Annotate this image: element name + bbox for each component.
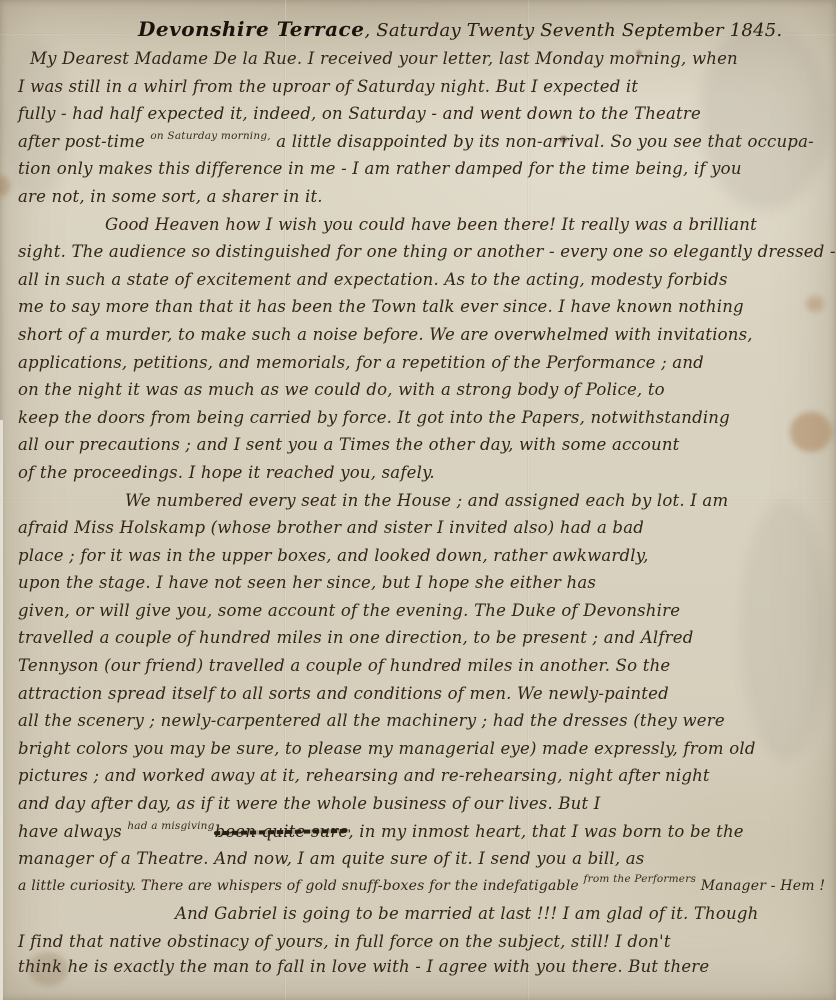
letter-line: manager of a Theatre. And now, I am quit… xyxy=(10,845,830,873)
handwritten-text: and day after day, as if it were the who… xyxy=(18,794,601,813)
letter-line: bright colors you may be sure, to please… xyxy=(10,735,830,763)
letter-line: all in such a state of excitement and ex… xyxy=(10,266,830,294)
handwritten-text: all in such a state of excitement and ex… xyxy=(18,270,728,289)
paper-edge xyxy=(0,420,3,1000)
letter-line: attraction spread itself to all sorts an… xyxy=(10,680,830,708)
handwritten-text: travelled a couple of hundred miles in o… xyxy=(18,628,694,647)
letter-line: of the proceedings. I hope it reached yo… xyxy=(10,459,830,487)
handwritten-text: attraction spread itself to all sorts an… xyxy=(18,684,669,703)
letter-line: afraid Miss Holskamp (whose brother and … xyxy=(10,514,830,542)
handwritten-text: And Gabriel is going to be married at la… xyxy=(175,904,758,923)
handwritten-text: Good Heaven how I wish you could have be… xyxy=(105,215,757,234)
letter-line: I find that native obstinacy of yours, i… xyxy=(10,928,830,956)
handwritten-text: manager of a Theatre. And now, I am quit… xyxy=(18,849,644,868)
letter-heading-line: Devonshire Terrace, Saturday Twenty Seve… xyxy=(10,14,830,45)
letter-page: Devonshire Terrace, Saturday Twenty Seve… xyxy=(0,0,836,1000)
handwritten-text: fully - had half expected it, indeed, on… xyxy=(18,104,701,123)
letter-line: think he is exactly the man to fall in l… xyxy=(10,956,830,978)
handwritten-text: after post-time xyxy=(18,132,150,151)
letter-line: We numbered every seat in the House ; an… xyxy=(10,487,830,515)
letter-line: and day after day, as if it were the who… xyxy=(10,790,830,818)
handwritten-text: have always xyxy=(18,822,127,841)
inserted-text: from the Performers xyxy=(584,874,697,884)
letter-line: have always had a misgivingbeen quite su… xyxy=(10,818,830,846)
handwritten-text: me to say more than that it has been the… xyxy=(18,297,744,316)
letter-line: are not, in some sort, a sharer in it. xyxy=(10,183,830,211)
letter-line: Good Heaven how I wish you could have be… xyxy=(10,211,830,239)
handwritten-text: place ; for it was in the upper boxes, a… xyxy=(18,546,649,565)
letter-line: sight. The audience so distinguished for… xyxy=(10,238,830,266)
handwritten-text: Manager - Hem ! xyxy=(696,878,825,894)
letter-line: pictures ; and worked away at it, rehear… xyxy=(10,762,830,790)
handwritten-text: Tennyson (our friend) travelled a couple… xyxy=(18,656,670,675)
handwritten-text: We numbered every seat in the House ; an… xyxy=(125,491,728,510)
inserted-text: on Saturday morning, xyxy=(150,131,270,141)
handwritten-text: , Saturday Twenty Seventh September 1845… xyxy=(364,20,782,41)
handwritten-text: pictures ; and worked away at it, rehear… xyxy=(18,766,710,785)
handwritten-text: a little disappointed by its non-arrival… xyxy=(271,132,814,151)
letter-line: And Gabriel is going to be married at la… xyxy=(10,900,830,928)
handwritten-text: upon the stage. I have not seen her sinc… xyxy=(18,573,596,592)
handwritten-text: keep the doors from being carried by for… xyxy=(18,408,730,427)
letter-line: me to say more than that it has been the… xyxy=(10,293,830,321)
letter-line: a little curiosity. There are whispers o… xyxy=(10,873,830,901)
letter-line: place ; for it was in the upper boxes, a… xyxy=(10,542,830,570)
letter-line: applications, petitions, and memorials, … xyxy=(10,349,830,377)
handwritten-text: tion only makes this difference in me - … xyxy=(18,159,742,178)
handwritten-text: short of a murder, to make such a noise … xyxy=(18,325,753,344)
letter-line: tion only makes this difference in me - … xyxy=(10,155,830,183)
letter-line: given, or will give you, some account of… xyxy=(10,597,830,625)
handwritten-text: all our precautions ; and I sent you a T… xyxy=(18,435,680,454)
inserted-text: had a misgiving xyxy=(127,821,214,831)
handwritten-text: bright colors you may be sure, to please… xyxy=(18,739,756,758)
letter-line: upon the stage. I have not seen her sinc… xyxy=(10,569,830,597)
letter-line: keep the doors from being carried by for… xyxy=(10,404,830,432)
handwritten-text: on the night it was as much as we could … xyxy=(18,380,665,399)
stain xyxy=(0,176,10,196)
handwritten-text: of the proceedings. I hope it reached yo… xyxy=(18,463,435,482)
handwritten-text: I was still in a whirl from the uproar o… xyxy=(18,77,638,96)
handwritten-text: sight. The audience so distinguished for… xyxy=(18,242,836,261)
letter-line: travelled a couple of hundred miles in o… xyxy=(10,624,830,652)
letter-line: I was still in a whirl from the uproar o… xyxy=(10,73,830,101)
letter-line: My Dearest Madame De la Rue. I received … xyxy=(10,45,830,73)
letter-line: on the night it was as much as we could … xyxy=(10,376,830,404)
handwritten-text: My Dearest Madame De la Rue. I received … xyxy=(30,49,738,68)
handwritten-text: all the scenery ; newly-carpentered all … xyxy=(18,711,725,730)
handwritten-text: I find that native obstinacy of yours, i… xyxy=(18,932,671,951)
letter-line: all the scenery ; newly-carpentered all … xyxy=(10,707,830,735)
letter-line: short of a murder, to make such a noise … xyxy=(10,321,830,349)
handwritten-text: given, or will give you, some account of… xyxy=(18,601,680,620)
letter-line: fully - had half expected it, indeed, on… xyxy=(10,100,830,128)
handwritten-text: , in my inmost heart, that I was born to… xyxy=(348,822,743,841)
heading-place-name: Devonshire Terrace xyxy=(138,17,364,41)
letter-lines: Devonshire Terrace, Saturday Twenty Seve… xyxy=(10,14,830,978)
letter-line: all our precautions ; and I sent you a T… xyxy=(10,431,830,459)
handwritten-text: are not, in some sort, a sharer in it. xyxy=(18,187,323,206)
handwritten-text: a little curiosity. There are whispers o… xyxy=(18,878,584,894)
handwritten-text: applications, petitions, and memorials, … xyxy=(18,353,704,372)
handwritten-text: afraid Miss Holskamp (whose brother and … xyxy=(18,518,644,537)
letter-line: Tennyson (our friend) travelled a couple… xyxy=(10,652,830,680)
handwritten-text: think he is exactly the man to fall in l… xyxy=(18,957,709,976)
struck-out-text: been quite sure xyxy=(215,822,349,841)
letter-line: after post-time on Saturday morning, a l… xyxy=(10,128,830,156)
